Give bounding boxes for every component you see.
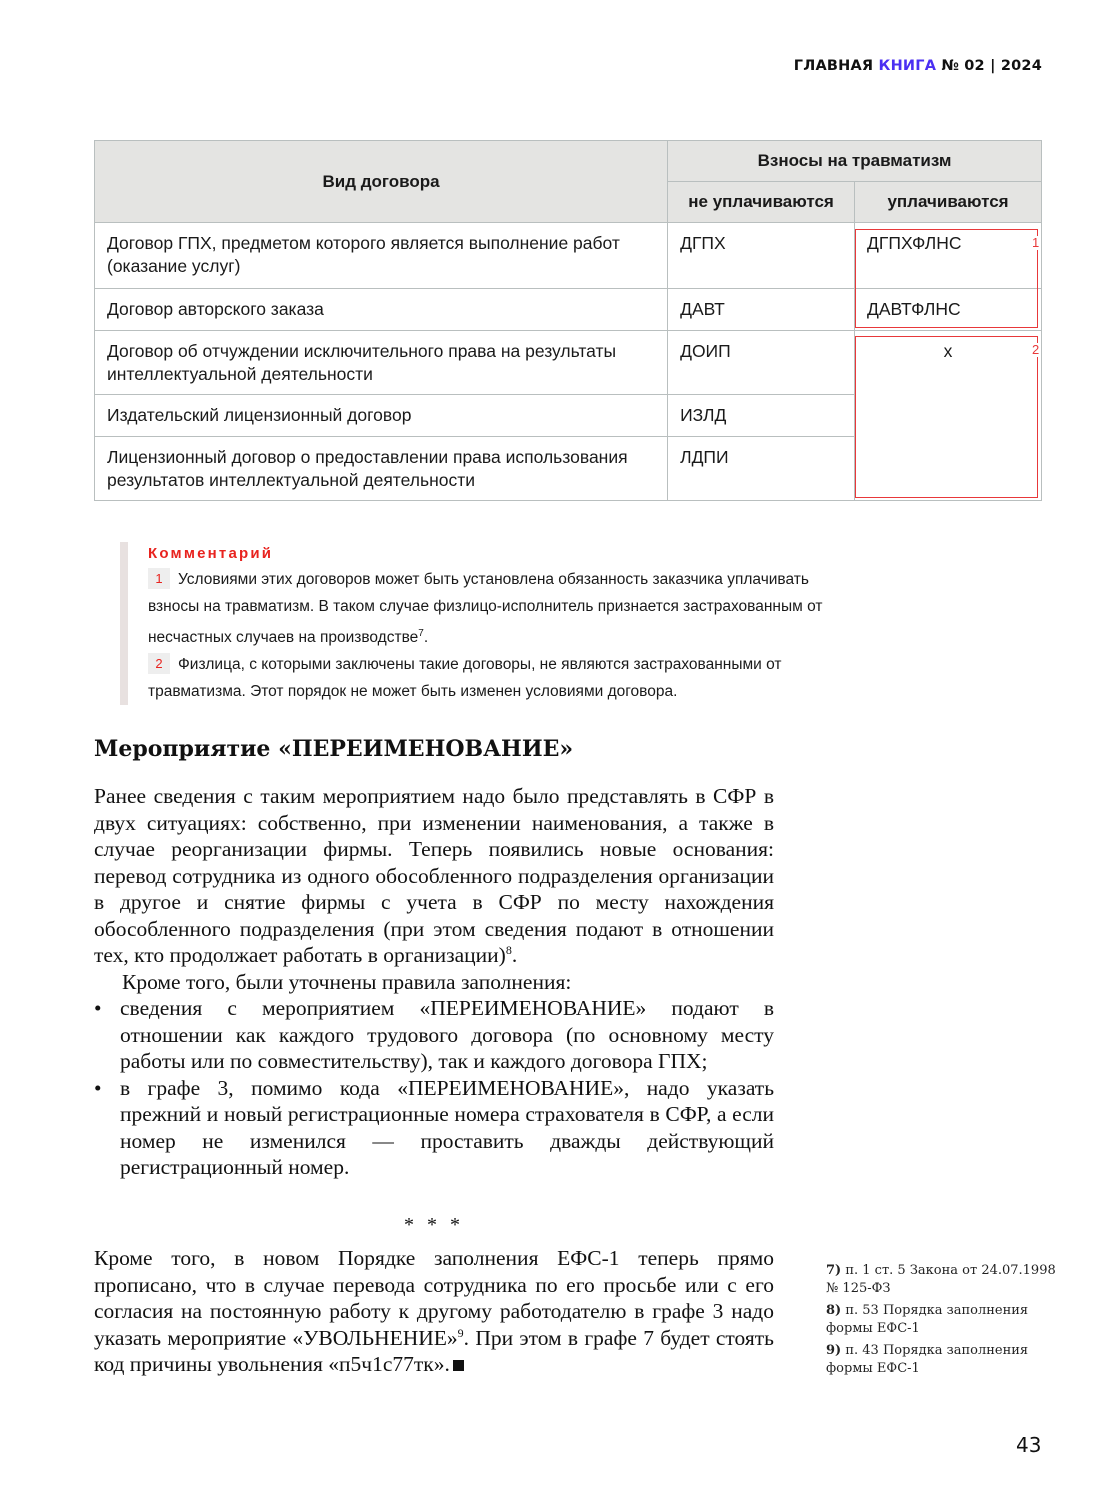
- cell-paid: ДГПХФЛНС: [855, 223, 1042, 289]
- annotation-label-2: 2: [1031, 343, 1040, 357]
- header-injury-contributions: Взносы на травматизм: [668, 141, 1042, 182]
- cell-not-paid: ДОИП: [668, 331, 855, 395]
- note-text: Условиями этих договоров может быть уста…: [148, 571, 822, 646]
- footnote: 9) п. 43 Порядка заполнения формы ЕФС-1: [826, 1342, 1056, 1377]
- brand-name: ГЛАВНАЯ: [794, 58, 873, 74]
- not-applicable-mark: х: [867, 340, 1029, 363]
- paragraph: Кроме того, в новом Порядке заполнения Е…: [94, 1245, 774, 1378]
- annotation-label-1: 1: [1031, 236, 1040, 250]
- cell-not-paid: ЛДПИ: [668, 437, 855, 501]
- table-row: Договор авторского заказа ДАВТ ДАВТФЛНС: [95, 289, 1042, 331]
- section-body: Ранее сведения с таким мероприятием надо…: [94, 783, 774, 1181]
- footnote: 8) п. 53 Порядка заполнения формы ЕФС-1: [826, 1302, 1056, 1337]
- paragraph: Ранее сведения с таким мероприятием надо…: [94, 783, 774, 969]
- cell-paid: ДАВТФЛНС: [855, 289, 1042, 331]
- header-not-paid: не уплачиваются: [668, 182, 855, 223]
- end-of-article-mark: [453, 1360, 464, 1371]
- note-number-badge: 1: [148, 568, 170, 589]
- page-number: 43: [1016, 1433, 1041, 1457]
- commentary-note: 2Физлица, с которыми заключены такие дог…: [148, 651, 828, 705]
- header-contract-kind: Вид договора: [95, 141, 668, 223]
- commentary-box: Комментарий 1Условиями этих договоров мо…: [120, 542, 828, 705]
- issue-number: № 02 | 2024: [941, 58, 1042, 74]
- cell-not-paid: ДГПХ: [668, 223, 855, 289]
- table-row: Договор ГПХ, предметом которого является…: [95, 223, 1042, 289]
- contracts-table: Вид договора Взносы на травматизм не упл…: [94, 140, 1042, 501]
- cell-not-paid: ИЗЛД: [668, 395, 855, 437]
- table-row: Договор об отчуждении исключительного пр…: [95, 331, 1042, 395]
- note-text: Физлица, с которыми заключены такие дого…: [148, 656, 782, 700]
- list-item: в графе 3, помимо кода «ПЕРЕИМЕНОВАНИЕ»,…: [94, 1075, 774, 1181]
- cell-kind: Договор авторского заказа: [95, 289, 668, 331]
- cell-kind: Договор об отчуждении исключительного пр…: [95, 331, 668, 395]
- cell-paid-merged: х: [855, 331, 1042, 501]
- cell-kind: Издательский лицензионный договор: [95, 395, 668, 437]
- paragraph: Кроме того, были уточнены правила заполн…: [94, 969, 774, 996]
- running-header: ГЛАВНАЯ КНИГА № 02 | 2024: [794, 58, 1042, 74]
- closing-body: Кроме того, в новом Порядке заполнения Е…: [94, 1245, 774, 1378]
- list-item: сведения с мероприятием «ПЕРЕИМЕНОВАНИЕ»…: [94, 995, 774, 1075]
- commentary-note: 1Условиями этих договоров может быть уст…: [148, 566, 828, 651]
- cell-not-paid: ДАВТ: [668, 289, 855, 331]
- brand-name-accent: КНИГА: [879, 58, 937, 74]
- rules-list: сведения с мероприятием «ПЕРЕИМЕНОВАНИЕ»…: [94, 995, 774, 1181]
- cell-kind: Договор ГПХ, предметом которого является…: [95, 223, 668, 289]
- note-number-badge: 2: [148, 653, 170, 674]
- cell-kind: Лицензионный договор о предоставлении пр…: [95, 437, 668, 501]
- section-divider: * * *: [94, 1214, 774, 1237]
- footnotes: 7) п. 1 ст. 5 Закона от 24.07.1998 № 125…: [826, 1262, 1056, 1382]
- footnote: 7) п. 1 ст. 5 Закона от 24.07.1998 № 125…: [826, 1262, 1056, 1297]
- header-paid: уплачиваются: [855, 182, 1042, 223]
- commentary-title: Комментарий: [148, 542, 828, 566]
- section-heading: Мероприятие «ПЕРЕИМЕНОВАНИЕ»: [94, 736, 573, 762]
